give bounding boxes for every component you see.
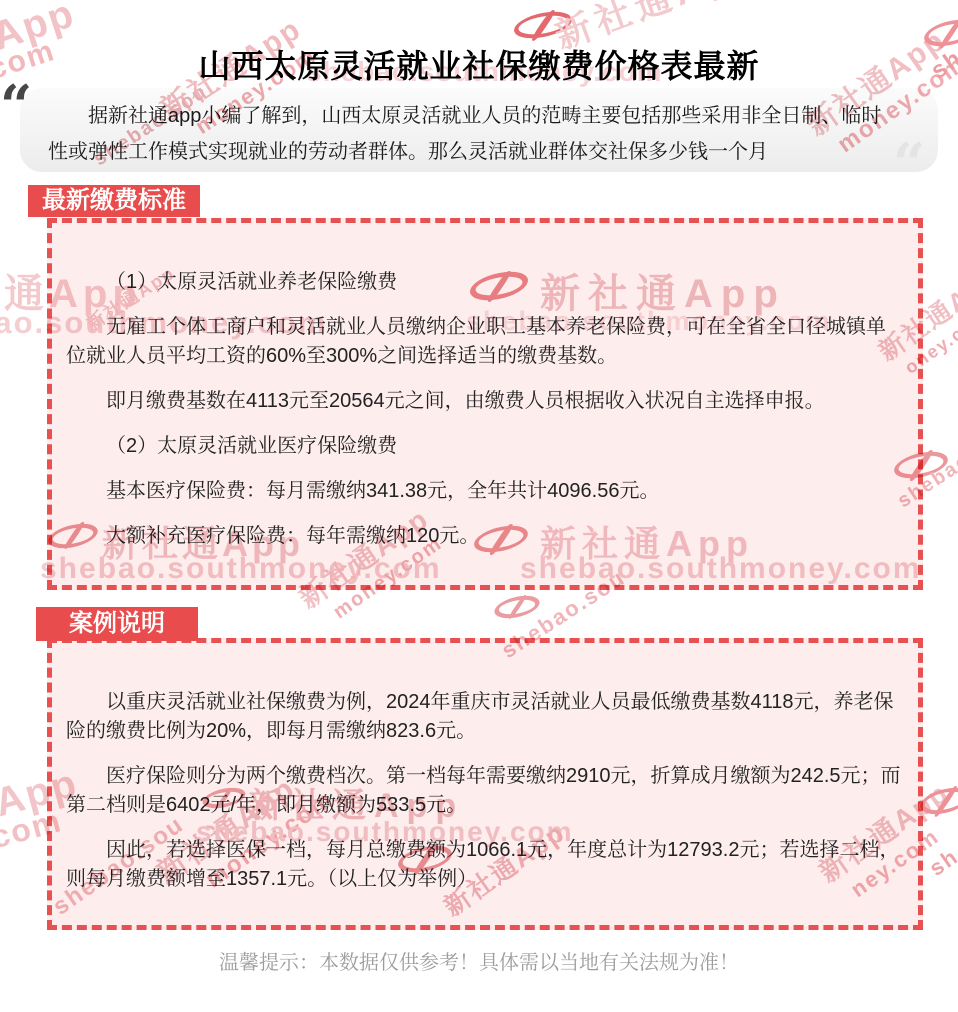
page-title: 山西太原灵活就业社保缴费价格表最新 <box>0 41 958 87</box>
paragraph: 即月缴费基数在4113元至20564元之间，由缴费人员根据收入状况自主选择申报。 <box>66 387 904 416</box>
brand-logo-icon <box>509 9 577 41</box>
paragraph: 医疗保险则分为两个缴费档次。第一档每年需要缴纳2910元，折算成月缴额为242.… <box>66 762 904 820</box>
paragraph: 无雇工个体工商户和灵活就业人员缴纳企业职工基本养老保险费，可在全省全口径城镇单位… <box>66 313 904 371</box>
section-label-payment-standard: 最新缴费标准 <box>28 185 200 217</box>
case-study-box: 以重庆灵活就业社保缴费为例，2024年重庆市灵活就业人员最低缴费基数4118元，… <box>47 638 923 930</box>
paragraph: 以重庆灵活就业社保缴费为例，2024年重庆市灵活就业人员最低缴费基数4118元，… <box>66 688 904 746</box>
payment-standard-box: （1）太原灵活就业养老保险缴费 无雇工个体工商户和灵活就业人员缴纳企业职工基本养… <box>47 218 923 590</box>
article-page: 山西太原灵活就业社保缴费价格表最新 “ 据新社通app小编了解到，山西太原灵活就… <box>0 0 958 1012</box>
watermark-sh-text: sh <box>925 843 958 881</box>
paragraph: 大额补充医疗保险费：每年需缴纳120元。 <box>66 522 904 551</box>
close-quote-icon: “ <box>893 136 925 192</box>
intro-quote-box: 据新社通app小编了解到，山西太原灵活就业人员的范畴主要包括那些采用非全日制、临… <box>20 88 938 172</box>
paragraph: （1）太原灵活就业养老保险缴费 <box>66 268 904 297</box>
paragraph: （2）太原灵活就业医疗保险缴费 <box>66 432 904 461</box>
brand-logo-icon <box>490 594 543 620</box>
footer-disclaimer: 温馨提示：本数据仅供参考！具体需以当地有关法规为准！ <box>0 946 958 975</box>
open-quote-icon: “ <box>0 78 32 134</box>
paragraph: 因此，若选择医保一档，每月总缴费额为1066.1元，年度总计为12793.2元；… <box>66 836 904 894</box>
intro-text: 据新社通app小编了解到，山西太原灵活就业人员的范畴主要包括那些采用非全日制、临… <box>48 98 898 170</box>
paragraph: 基本医疗保险费：每月需缴纳341.38元，全年共计4096.56元。 <box>66 477 904 506</box>
section-label-case-study: 案例说明 <box>36 607 198 641</box>
